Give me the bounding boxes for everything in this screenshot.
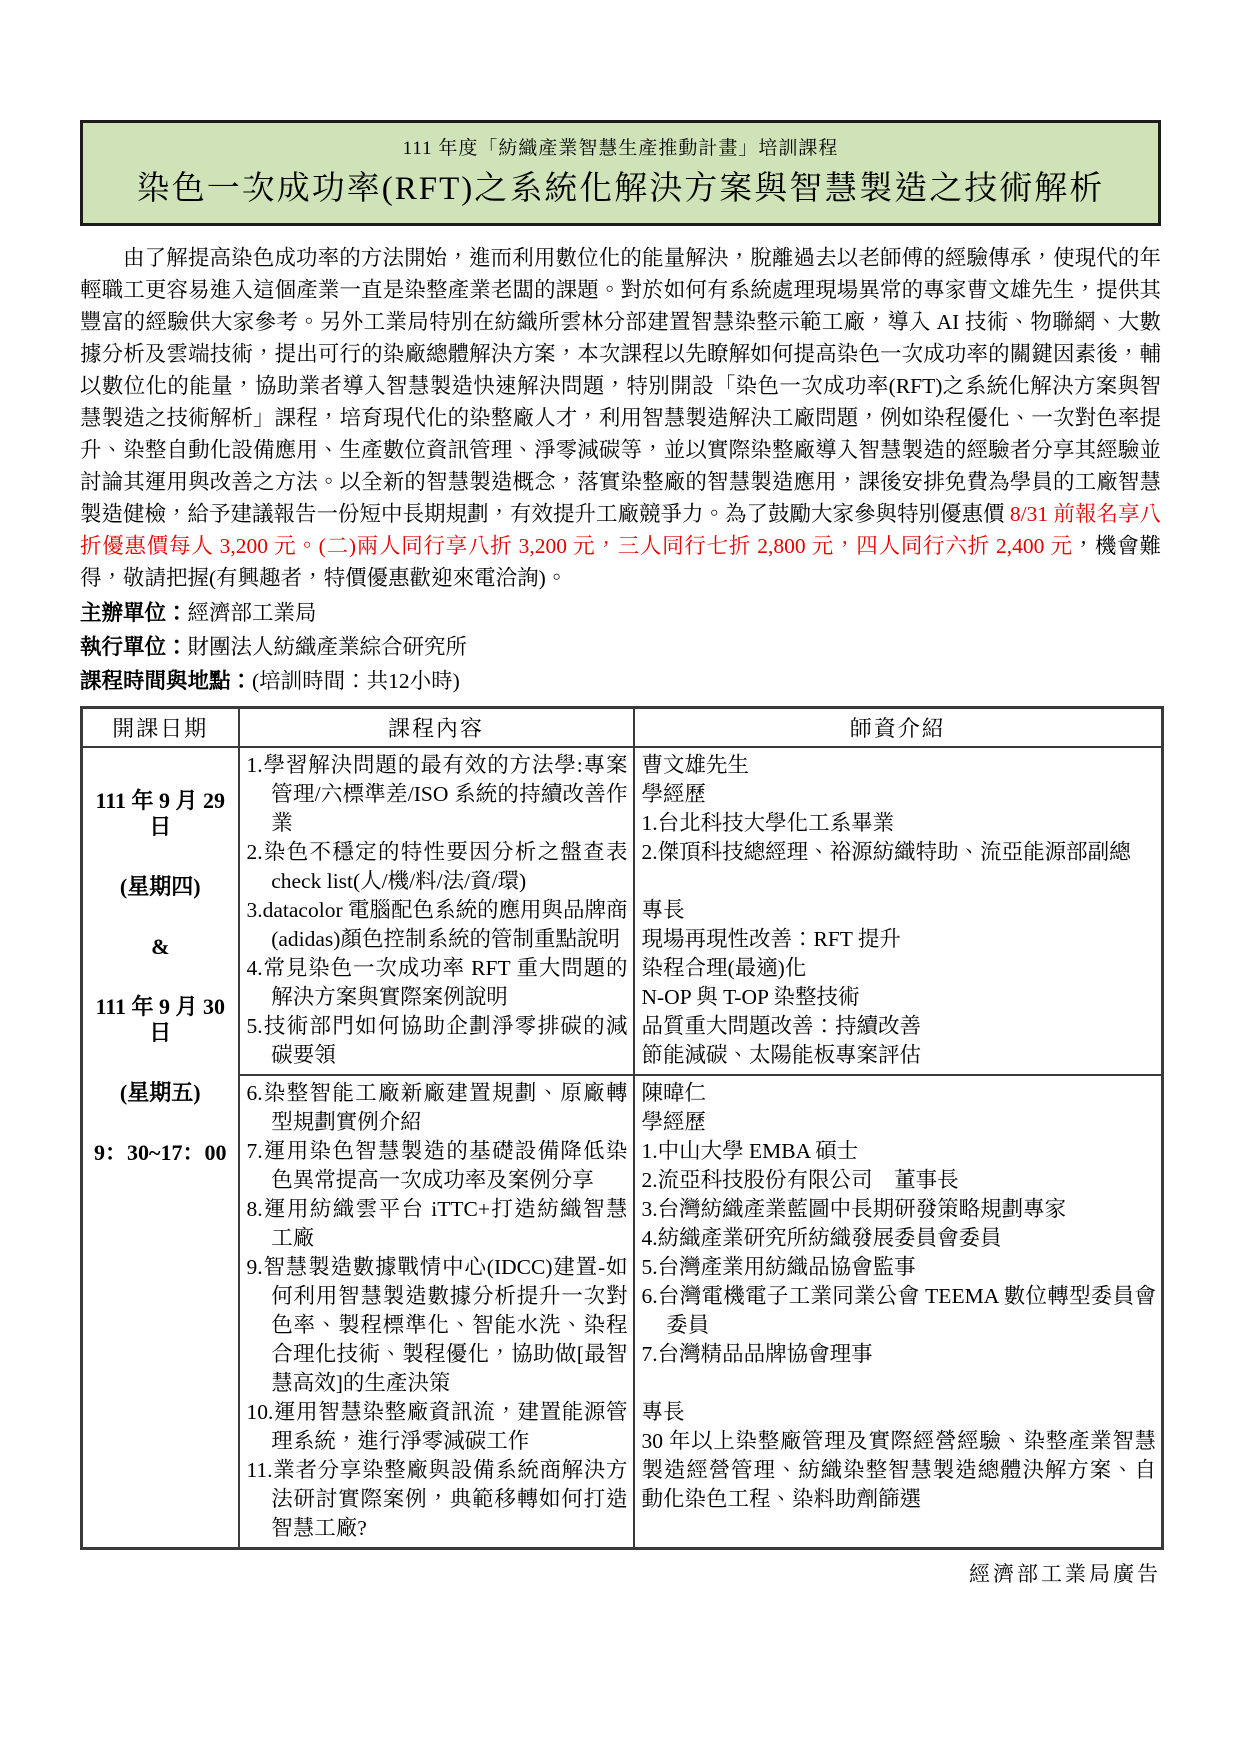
instructor-section-label: 專長 xyxy=(642,1398,1157,1427)
document-content: 111 年度「紡織產業智慧生產推動計畫」培訓課程 染色一次成功率(RFT)之系統… xyxy=(80,120,1161,1588)
instructor-line: 節能減碳、太陽能板專案評估 xyxy=(642,1041,1157,1070)
course-time-label: 課程時間與地點： xyxy=(80,669,252,693)
host-unit-label: 主辦單位： xyxy=(80,601,188,625)
blank-line xyxy=(642,1369,1157,1398)
instructor-cell-day2: 陳暐仁 學經歷 1.中山大學 EMBA 碩士 2.流亞科技股份有限公司 董事長 … xyxy=(634,1075,1163,1549)
instructor-line: 4.紡織產業研究所紡織發展委員會委員 xyxy=(642,1224,1157,1253)
course-item: 9.智慧製造數據戰情中心(IDCC)建置-如何利用智慧製造數據分析提升一次對色率… xyxy=(247,1253,628,1398)
header-course-content: 課程內容 xyxy=(239,708,634,748)
page-title: 染色一次成功率(RFT)之系統化解決方案與智慧製造之技術解析 xyxy=(89,167,1152,211)
course-item: 7.運用染色智慧製造的基礎設備降低染色異常提高一次成功率及案例分享 xyxy=(247,1137,628,1195)
instructor-cell-day1: 曹文雄先生 學經歷 1.台北科技大學化工系畢業 2.傑頂科技總經理、裕源紡織特助… xyxy=(634,747,1163,1075)
date-line: (星期五) xyxy=(84,1080,237,1106)
table-header-row: 開課日期 課程內容 師資介紹 xyxy=(82,708,1163,748)
blank-line xyxy=(642,867,1157,896)
date-line-ampersand: & xyxy=(84,934,237,960)
instructor-line: 1.台北科技大學化工系畢業 xyxy=(642,809,1157,838)
table-row-day1: 111 年 9 月 29 日 (星期四) & 111 年 9 月 30 日 (星… xyxy=(82,747,1163,1075)
executing-unit-label: 執行單位： xyxy=(80,635,188,659)
instructor-name: 曹文雄先生 xyxy=(642,751,1157,780)
content-cell-day2: 6.染整智能工廠新廠建置規劃、原廠轉型規劃實例介紹 7.運用染色智慧製造的基礎設… xyxy=(239,1075,634,1549)
course-item: 8.運用紡織雲平台 iTTC+打造紡織智慧工廠 xyxy=(247,1195,628,1253)
instructor-line: 現場再現性改善：RFT 提升 xyxy=(642,925,1157,954)
instructor-section-label: 專長 xyxy=(642,896,1157,925)
host-unit-value: 經濟部工業局 xyxy=(188,601,317,625)
course-item: 2.染色不穩定的特性要因分析之盤查表 check list(人/機/料/法/資/… xyxy=(247,838,628,896)
document-page: 111 年度「紡織產業智慧生產推動計畫」培訓課程 染色一次成功率(RFT)之系統… xyxy=(0,0,1241,1755)
course-item: 10.運用智慧染整廠資訊流，建置能源管理系統，進行淨零減碳工作 xyxy=(247,1398,628,1456)
course-item: 1.學習解決問題的最有效的方法學:專案管理/六標準差/ISO 系統的持續改善作業 xyxy=(247,751,628,838)
instructor-expertise-paragraph: 30 年以上染整廠管理及實際經營經驗、染整產業智慧製造經營管理、紡織染整智慧製造… xyxy=(642,1427,1157,1514)
course-item: 11.業者分享染整廠與設備系統商解決方法研討實際案例，典範移轉如何打造智慧工廠? xyxy=(247,1456,628,1543)
instructor-line: 染程合理(最適)化 xyxy=(642,954,1157,983)
host-unit-line: 主辦單位：經濟部工業局 xyxy=(80,596,1161,630)
course-item: 3.datacolor 電腦配色系統的應用與品牌商(adidas)顏色控制系統的… xyxy=(247,896,628,954)
header-subtitle: 111 年度「紡織產業智慧生產推動計畫」培訓課程 xyxy=(89,137,1152,161)
date-line: 111 年 9 月 30 日 xyxy=(84,994,237,1046)
organizer-info: 主辦單位：經濟部工業局 執行單位：財團法人紡織產業綜合研究所 課程時間與地點：(… xyxy=(80,596,1161,698)
course-time-value: (培訓時間：共12小時) xyxy=(252,669,460,693)
instructor-line: 5.台灣產業用紡織品協會監事 xyxy=(642,1253,1157,1282)
intro-paragraph: 由了解提高染色成功率的方法開始，進而利用數位化的能量解決，脫離過去以老師傅的經驗… xyxy=(80,242,1161,594)
footer-note: 經濟部工業局廣告 xyxy=(80,1558,1161,1588)
instructor-line: 3.台灣紡織產業藍圖中長期研發策略規劃專家 xyxy=(642,1195,1157,1224)
executing-unit-value: 財團法人紡織產業綜合研究所 xyxy=(188,635,468,659)
instructor-line: 2.傑頂科技總經理、裕源紡織特助、流亞能源部副總 xyxy=(642,838,1157,867)
instructor-line: 7.台灣精品品牌協會理事 xyxy=(642,1340,1157,1369)
course-time-line: 課程時間與地點：(培訓時間：共12小時) xyxy=(80,664,1161,698)
instructor-line: 品質重大問題改善：持續改善 xyxy=(642,1012,1157,1041)
table-row-day2: 6.染整智能工廠新廠建置規劃、原廠轉型規劃實例介紹 7.運用染色智慧製造的基礎設… xyxy=(82,1075,1163,1549)
time-line: 9：30~17：00 xyxy=(84,1140,237,1166)
header-banner: 111 年度「紡織產業智慧生產推動計畫」培訓課程 染色一次成功率(RFT)之系統… xyxy=(80,120,1161,226)
instructor-name: 陳暐仁 xyxy=(642,1079,1157,1108)
instructor-line: N-OP 與 T-OP 染整技術 xyxy=(642,983,1157,1012)
instructor-line: 6.台灣電機電子工業同業公會 TEEMA 數位轉型委員會委員 xyxy=(642,1282,1157,1340)
course-item: 4.常見染色一次成功率 RFT 重大問題的解決方案與實際案例說明 xyxy=(247,954,628,1012)
header-course-date: 開課日期 xyxy=(82,708,239,748)
course-item: 5.技術部門如何協助企劃淨零排碳的減碳要領 xyxy=(247,1012,628,1070)
date-line: (星期四) xyxy=(84,874,237,900)
content-cell-day1: 1.學習解決問題的最有效的方法學:專案管理/六標準差/ISO 系統的持續改善作業… xyxy=(239,747,634,1075)
course-item: 6.染整智能工廠新廠建置規劃、原廠轉型規劃實例介紹 xyxy=(247,1079,628,1137)
intro-text-part1: 由了解提高染色成功率的方法開始，進而利用數位化的能量解決，脫離過去以老師傅的經驗… xyxy=(80,246,1161,526)
date-line: 111 年 9 月 29 日 xyxy=(84,788,237,840)
instructor-line: 2.流亞科技股份有限公司 董事長 xyxy=(642,1166,1157,1195)
date-cell: 111 年 9 月 29 日 (星期四) & 111 年 9 月 30 日 (星… xyxy=(82,747,239,1549)
instructor-section-label: 學經歷 xyxy=(642,780,1157,809)
instructor-line: 1.中山大學 EMBA 碩士 xyxy=(642,1137,1157,1166)
header-instructor: 師資介紹 xyxy=(634,708,1163,748)
instructor-section-label: 學經歷 xyxy=(642,1108,1157,1137)
course-table: 開課日期 課程內容 師資介紹 111 年 9 月 29 日 (星期四) & 11… xyxy=(80,706,1164,1550)
executing-unit-line: 執行單位：財團法人紡織產業綜合研究所 xyxy=(80,630,1161,664)
